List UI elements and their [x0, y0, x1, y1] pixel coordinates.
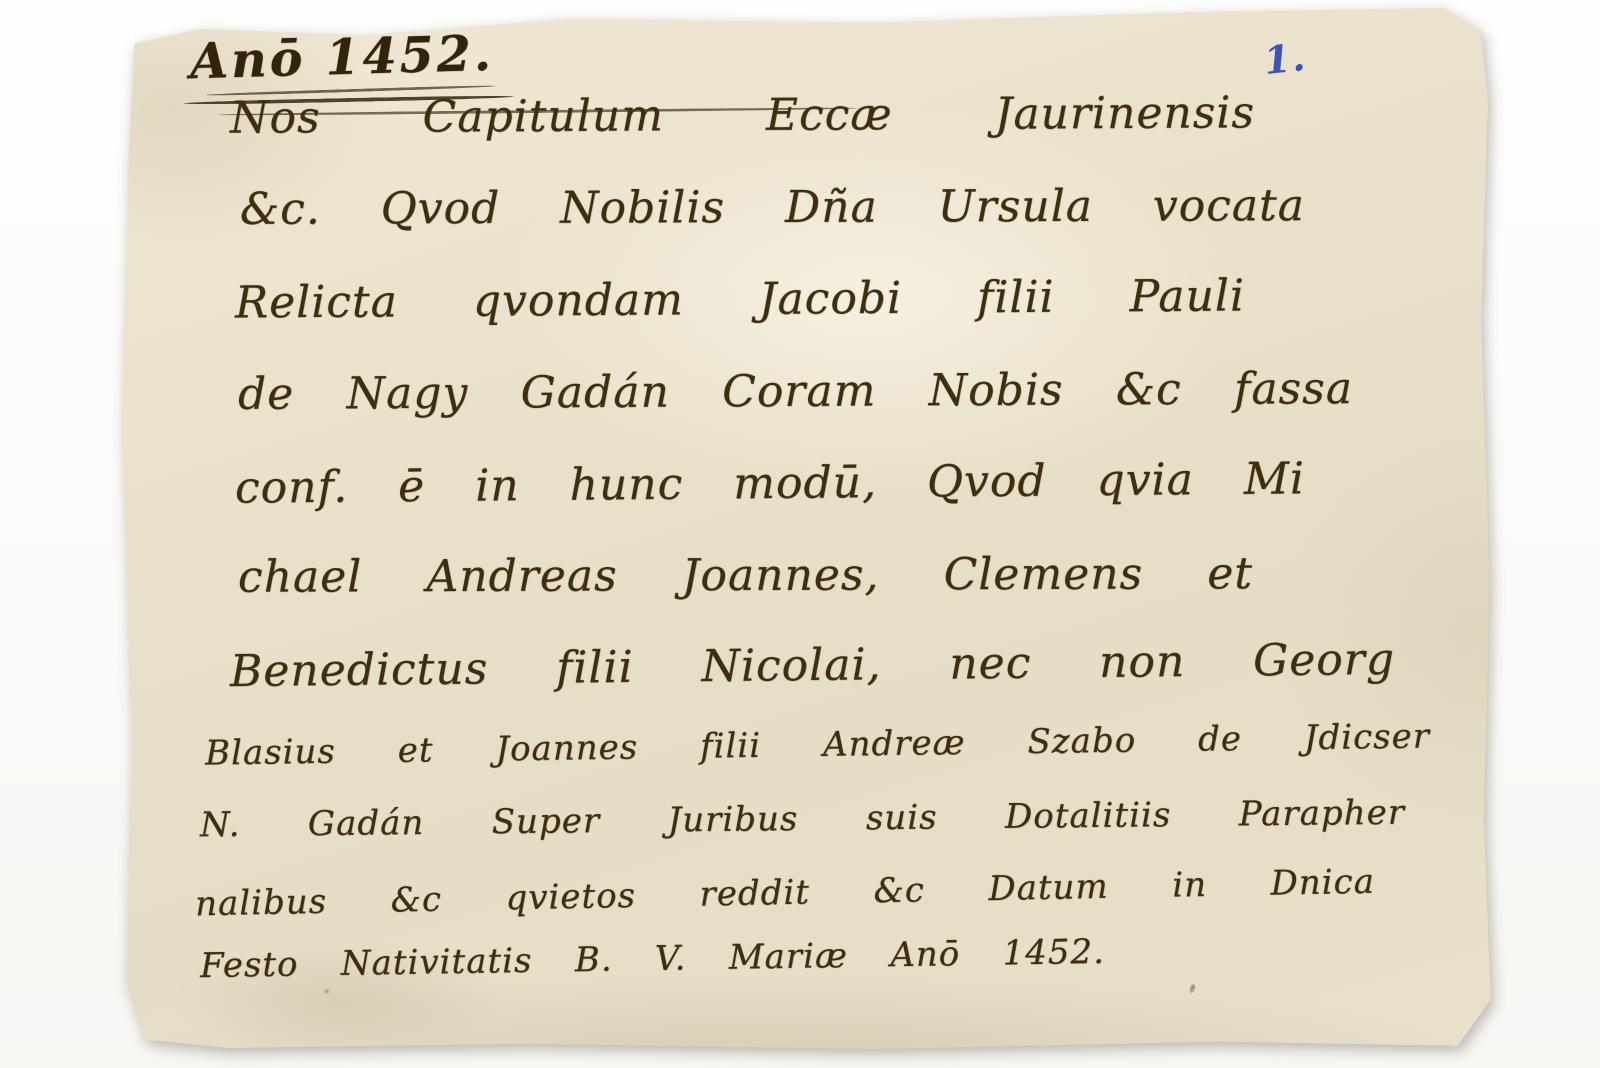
manuscript-paper: Anō 1452. 1. Nos Capitulum Eccæ Jaurinen… — [118, 6, 1492, 1052]
heading-anno-1452: Anō 1452. — [189, 24, 494, 90]
manuscript-line: Benedictus filii Nicolai, nec non Georg — [230, 628, 1396, 704]
manuscript-line: chael Andreas Joannes, Clemens et — [238, 542, 1253, 610]
archival-page-number: 1. — [1262, 34, 1308, 83]
manuscript-line: Blasius et Joannes filii Andreæ Szabo de… — [205, 711, 1431, 778]
ink-speck — [1189, 983, 1197, 993]
manuscript-line: conf. ē in hunc modū, Qvod qvia Mi — [235, 447, 1306, 520]
manuscript-line: &c. Qvod Nobilis Dña Ursula vocata — [240, 174, 1305, 242]
manuscript-line: Nos Capitulum Eccæ Jaurinensis — [230, 81, 1255, 150]
manuscript-line: nalibus &c qvietos reddit &c Datum in Dn… — [195, 857, 1376, 930]
manuscript-photo: Anō 1452. 1. Nos Capitulum Eccæ Jaurinen… — [0, 0, 1600, 1068]
paper-shadow: Anō 1452. 1. Nos Capitulum Eccæ Jaurinen… — [0, 0, 1600, 1068]
manuscript-line: Relicta qvondam Jacobi filii Pauli — [235, 264, 1245, 335]
manuscript-line: de Nagy Gadán Coram Nobis &c fassa — [238, 357, 1353, 427]
manuscript-line: Festo Nativitatis B. V. Mariæ Anō 1452. — [200, 927, 1106, 991]
manuscript-line: N. Gadán Super Juribus suis Dotalitiis P… — [200, 788, 1405, 851]
